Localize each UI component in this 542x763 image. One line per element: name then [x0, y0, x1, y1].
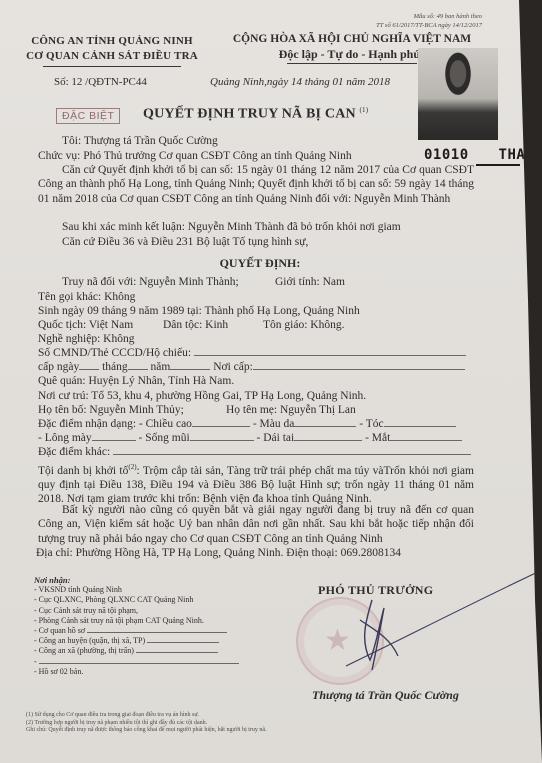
signer-name: Thượng tá Trần Quốc Cường: [312, 688, 459, 703]
issuer-position: Chức vụ: Phó Thủ trưởng Cơ quan CSĐT Côn…: [38, 149, 352, 163]
photo-id-number: 01010: [424, 147, 469, 163]
recipient-item: - Cơ quan hồ sơ: [34, 626, 239, 636]
issue-year-label: năm: [151, 361, 171, 373]
country-name: CỘNG HÒA XÃ HỘI CHỦ NGHĨA VIỆT NAM: [232, 32, 472, 47]
photo-label-underline: [476, 164, 520, 166]
issue-day-blank: [79, 360, 99, 370]
agency-department: CƠ QUAN CẢNH SÁT ĐIỀU TRA: [22, 49, 202, 64]
id-number-row: Số CMND/Thẻ CCCD/Hộ chiếu:: [38, 346, 466, 360]
residence: Nơi cư trú: Tổ 53, khu 4, phường Hồng Ga…: [38, 389, 366, 403]
special-stamp: ĐẶC BIỆT: [56, 108, 120, 124]
agency-name: CÔNG AN TỈNH QUẢNG NINH: [22, 34, 202, 49]
features-label: Đặc điểm nhận dạng:: [38, 418, 136, 430]
eye-blank: [390, 431, 462, 441]
other-features-row: Đặc điểm khác:: [38, 445, 471, 459]
contact-info: Địa chỉ: Phường Hồng Hà, TP Hạ Long, Quả…: [36, 546, 401, 560]
mother-name: Họ tên mẹ: Nguyễn Thị Lan: [226, 403, 356, 417]
wanted-notice-document: Mẫu số: 49 ban hành theo TT số 61/2017/T…: [0, 0, 542, 763]
eyebrow-blank: [92, 431, 136, 441]
agency-underline: [43, 66, 181, 67]
skin-label: - Màu da: [253, 418, 295, 430]
issue-place-label: Nơi cấp:: [213, 361, 253, 373]
footnote-note: Ghi chú: Quyết định truy nã được thông b…: [26, 727, 267, 735]
legal-basis-2: Sau khi xác minh kết luận: Nguyễn Minh T…: [62, 220, 401, 234]
other-features-label: Đặc điểm khác:: [38, 446, 110, 458]
charges: Tội danh bị khởi tố(2): Trộm cắp tài sản…: [38, 460, 474, 507]
eyebrow-label: - Lông mày: [38, 432, 92, 444]
alias: Tên gọi khác: Không: [38, 290, 135, 304]
document-date: Quảng Ninh,ngày 14 tháng 01 năm 2018: [210, 76, 390, 88]
hair-blank: [384, 417, 456, 427]
ear-blank: [294, 431, 362, 441]
handwritten-signature-icon: [280, 560, 542, 700]
title-text: QUYẾT ĐỊNH TRUY NÃ BỊ CAN: [143, 107, 356, 122]
issue-year-blank: [170, 360, 210, 370]
religion: Tôn giáo: Không.: [263, 318, 344, 332]
recipient-item: - Phòng Cảnh sát truy nã tội phạm CAT Qu…: [34, 616, 239, 626]
id-number-blank: [194, 346, 466, 356]
arrest-notice: Bất kỳ người nào cũng có quyền bắt và gi…: [38, 503, 474, 546]
nationality: Quốc tịch: Việt Nam: [38, 318, 133, 332]
ear-label: - Dái tai: [257, 432, 295, 444]
father-name: Họ tên bố: Nguyễn Minh Thủy;: [38, 403, 184, 417]
skin-blank: [294, 417, 356, 427]
recipient-item: - Cục Cảnh sát truy nã tội phạm,: [34, 606, 239, 616]
legal-basis-3: Căn cứ Điều 36 và Điều 231 Bộ luật Tố tụ…: [62, 235, 308, 249]
recipient-item: - Hồ sơ 02 bản.: [34, 667, 239, 677]
document-number: Số: 12 /QĐTN-PC44: [54, 76, 147, 88]
motto-underline: [287, 63, 417, 64]
hometown: Quê quán: Huyện Lý Nhân, Tỉnh Hà Nam.: [38, 374, 234, 388]
recipient-item: -: [34, 657, 239, 667]
legal-basis-1: Căn cứ Quyết định khởi tố bị can số: 15 …: [38, 163, 474, 206]
charges-label: Tội danh bị khởi tố: [38, 465, 128, 477]
height-label: - Chiều cao: [139, 418, 192, 430]
nose-blank: [190, 431, 254, 441]
suspect-photo: [418, 48, 498, 140]
issue-day-label: cấp ngày: [38, 361, 79, 373]
issue-month-label: tháng: [102, 361, 128, 373]
issue-place-blank: [253, 360, 465, 370]
identifying-features-row-1: Đặc điểm nhận dạng: - Chiều cao - Màu da…: [38, 417, 456, 431]
photo-id-name: THAN: [499, 147, 535, 163]
footnote-2: (2) Trường hợp người bị truy nã phạm nhi…: [26, 720, 267, 728]
issue-month-blank: [128, 360, 148, 370]
other-features-blank: [113, 445, 471, 455]
issuer-line: Tôi: Thượng tá Trần Quốc Cường: [62, 134, 218, 148]
nose-label: - Sống mũi: [139, 432, 190, 444]
eye-label: - Mắt: [365, 432, 390, 444]
decision-heading: QUYẾT ĐỊNH:: [0, 256, 520, 270]
birth-info: Sinh ngày 09 tháng 9 năm 1989 tại: Thành…: [38, 304, 360, 318]
recipient-item: - Công an huyện (quận, thị xã, TP): [34, 636, 239, 646]
charges-footnote-ref: (2): [128, 463, 136, 471]
occupation: Nghề nghiệp: Không: [38, 332, 134, 346]
hair-label: - Tóc: [359, 418, 383, 430]
recipients-heading: Nơi nhận:: [34, 575, 239, 585]
gender: Giới tính: Nam: [275, 275, 345, 289]
ethnicity: Dân tộc: Kinh: [163, 318, 228, 332]
id-issue-row: cấp ngày tháng năm Nơi cấp:: [38, 360, 465, 374]
form-reference-note: Mẫu số: 49 ban hành theo TT số 61/2017/T…: [376, 12, 482, 30]
recipient-item: - Công an xã (phường, thị trấn): [34, 646, 239, 656]
recipient-item: - VKSND tỉnh Quảng Ninh: [34, 585, 239, 595]
document-title: QUYẾT ĐỊNH TRUY NÃ BỊ CAN (1): [143, 106, 368, 123]
title-footnote-ref: (1): [360, 106, 369, 114]
height-blank: [192, 417, 250, 427]
recipient-item: - Cục QLXNC, Phòng QLXNC CAT Quảng Ninh: [34, 595, 239, 605]
form-note-line-1: Mẫu số: 49 ban hành theo: [376, 12, 482, 21]
form-note-line-2: TT số 61/2017/TT-BCA ngày 14/12/2017: [376, 21, 482, 30]
issuing-agency: CÔNG AN TỈNH QUẢNG NINH CƠ QUAN CẢNH SÁT…: [22, 34, 202, 67]
wanted-person: Truy nã đối với: Nguyễn Minh Thành;: [62, 275, 239, 289]
id-number-label: Số CMND/Thẻ CCCD/Hộ chiếu:: [38, 347, 191, 359]
identifying-features-row-2: - Lông mày - Sống mũi - Dái tai - Mắt: [38, 431, 462, 445]
footnote-1: (1) Sử dụng cho Cơ quan điều tra trong g…: [26, 712, 267, 720]
recipients-list: Nơi nhận: - VKSND tỉnh Quảng Ninh - Cục …: [34, 575, 239, 677]
photo-id-label: 01010 THAN: [424, 147, 534, 163]
footnotes: (1) Sử dụng cho Cơ quan điều tra trong g…: [26, 712, 267, 735]
